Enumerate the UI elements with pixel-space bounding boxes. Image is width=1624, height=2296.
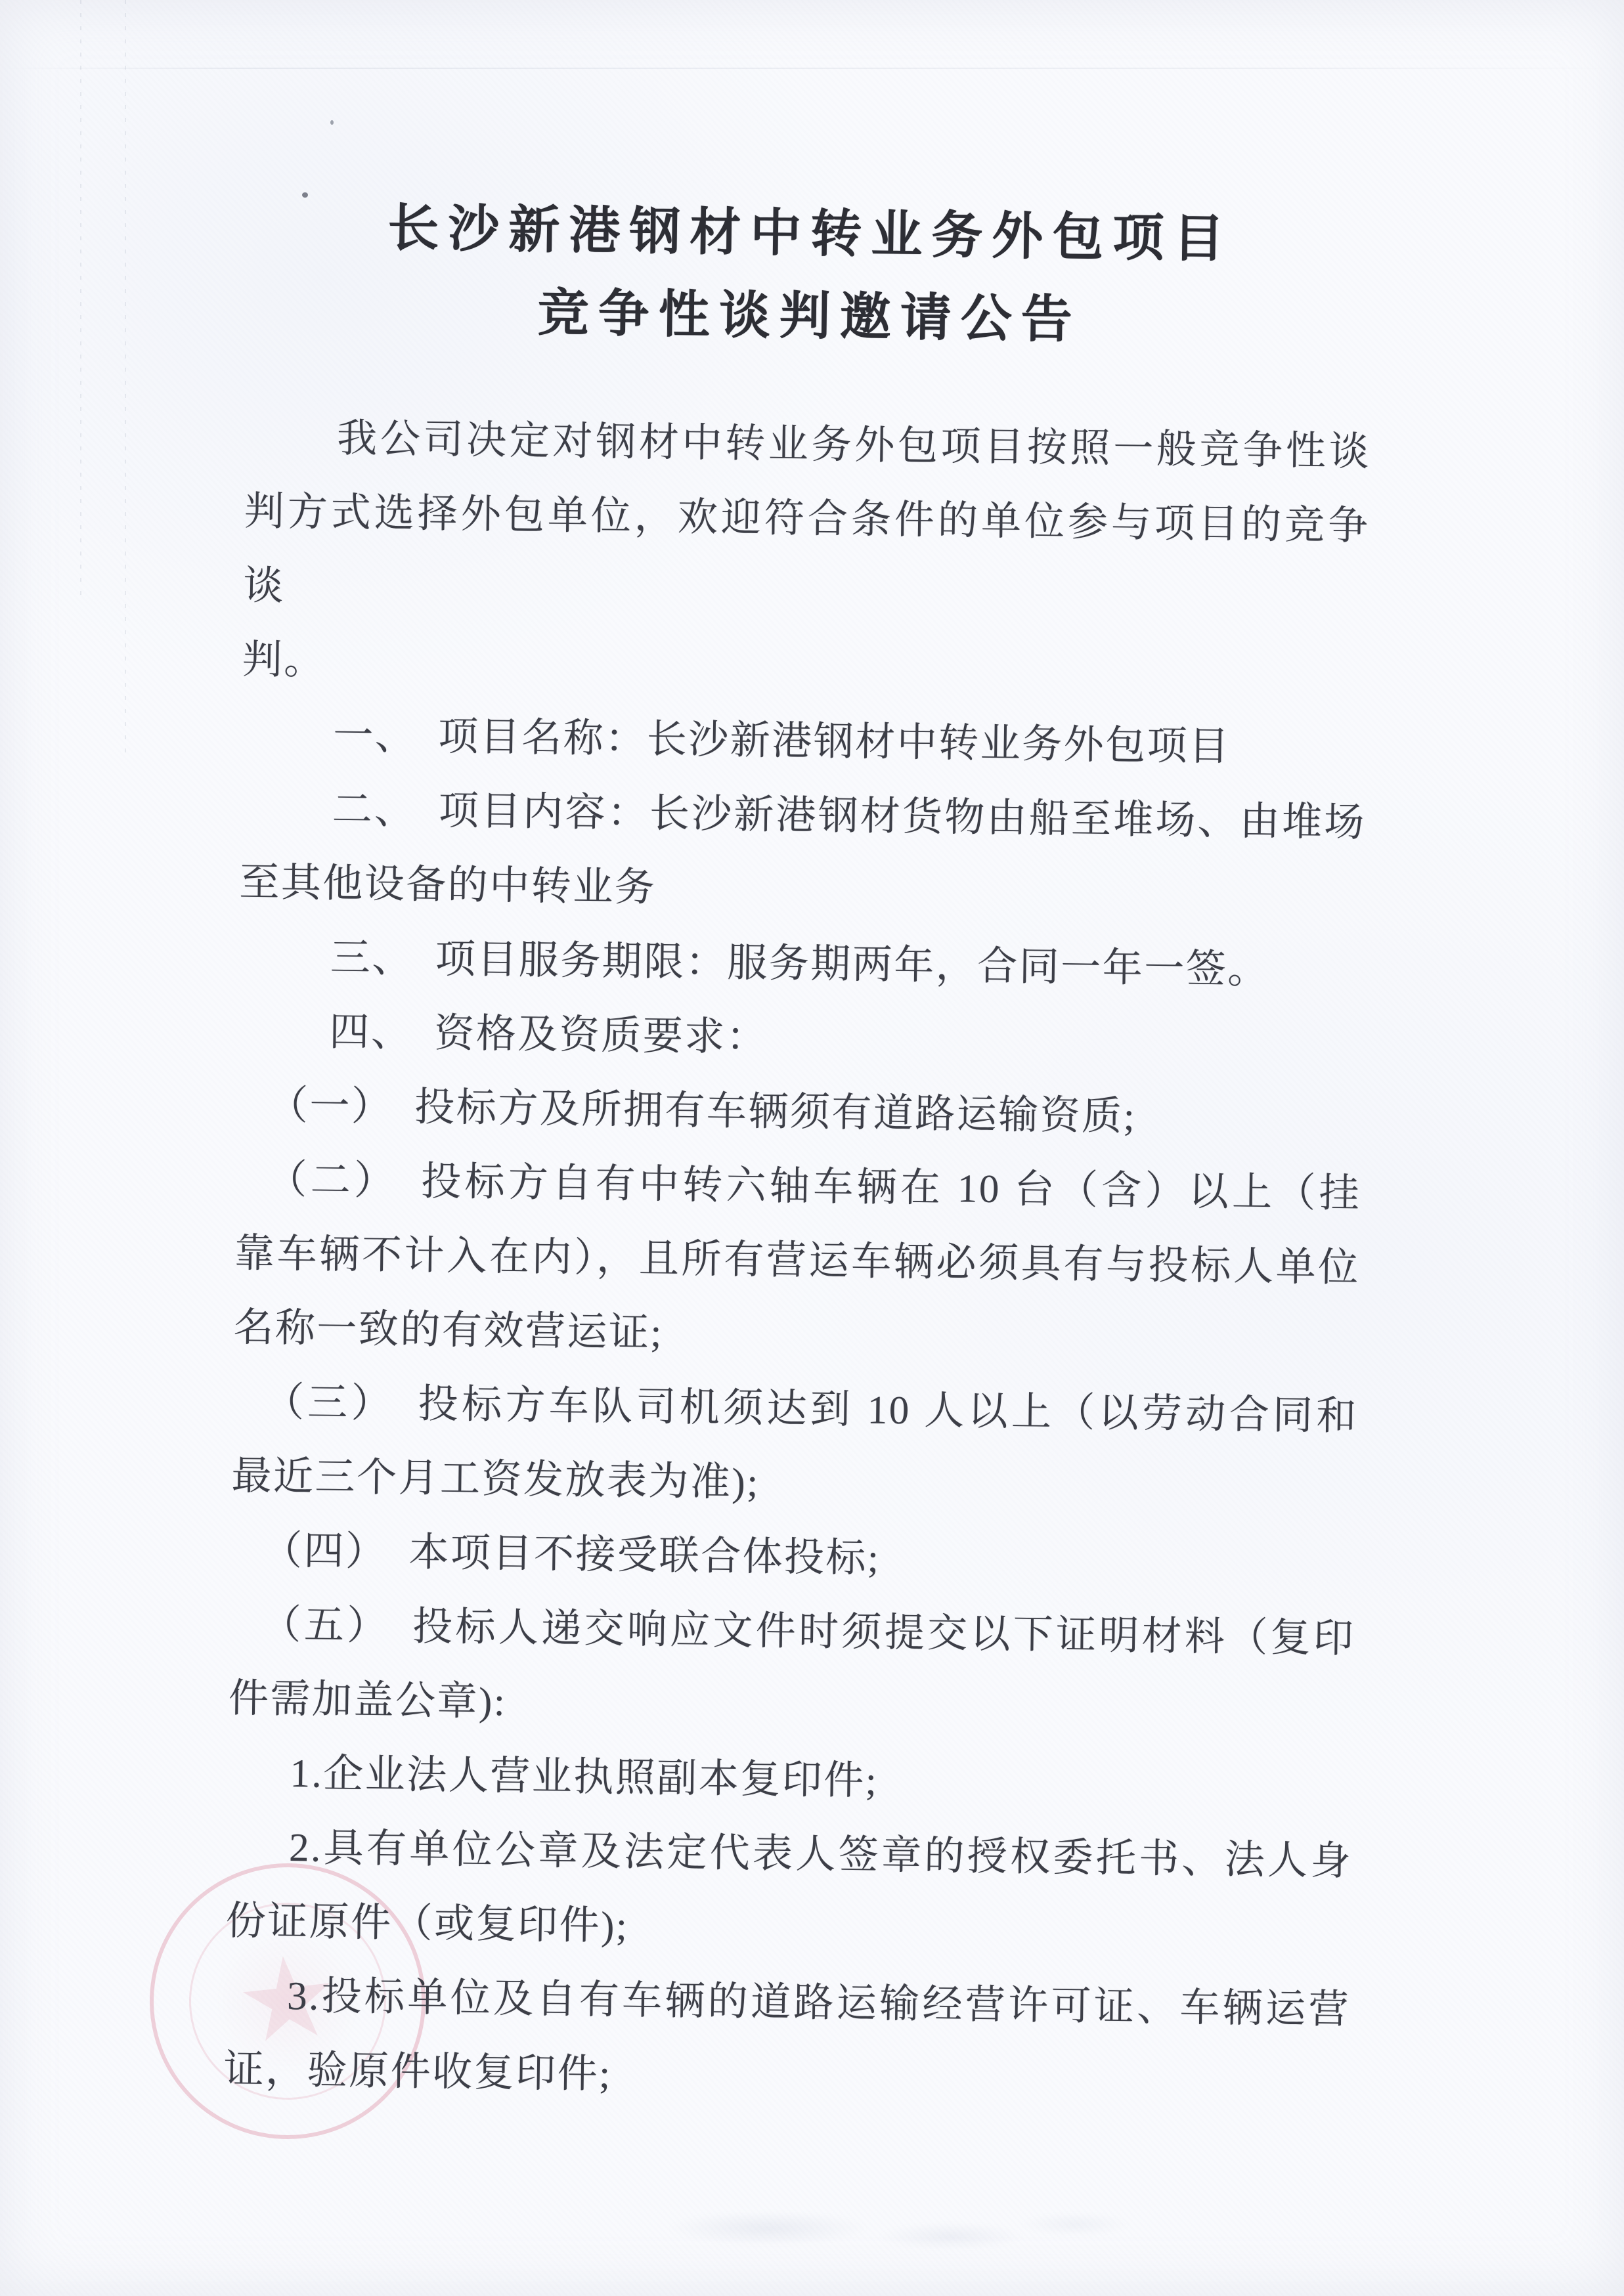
text-line: 我公司决定对钢材中转业务外包项目按照一般竞争性谈 xyxy=(244,401,1371,489)
document-content: 长沙新港钢材中转业务外包项目 竞争性谈判邀请公告 我公司决定对钢材中转业务外包项… xyxy=(223,0,1376,2121)
text-line: 份证原件（或复印件); xyxy=(225,1884,1351,1973)
text-line: （一） 投标方及所拥有车辆须有道路运输资质; xyxy=(236,1068,1362,1157)
text-line: 名称一致的有效营运证; xyxy=(233,1291,1359,1379)
page-bleed-through-smudge xyxy=(617,2193,1156,2272)
text-line: 1.企业法人营业执照副本复印件; xyxy=(227,1736,1353,1825)
text-line: （四） 本项目不接受联合体投标; xyxy=(230,1513,1356,1602)
text-line: 最近三个月工资发放表为准); xyxy=(231,1439,1357,1528)
text-line: （五） 投标人递交响应文件时须提交以下证明材料（复印 xyxy=(229,1588,1355,1676)
text-line: （二） 投标方自有中转六轴车辆在 10 台（含）以上（挂 xyxy=(235,1142,1361,1231)
scan-crease-vertical-1 xyxy=(80,0,81,604)
document-title-line-1: 长沙新港钢材中转业务外包项目 xyxy=(248,185,1374,282)
text-line: 一、 项目名称：长沙新港钢材中转业务外包项目 xyxy=(241,697,1367,786)
text-line: 证，验原件收复印件; xyxy=(223,2033,1350,2121)
text-line: 靠车辆不计入在内），且所有营运车辆必须具有与投标人单位 xyxy=(234,1217,1360,1305)
text-line: 四、 资格及资质要求： xyxy=(237,994,1363,1083)
text-line: 3.投标单位及自有车辆的道路运输经营许可证、车辆运营 xyxy=(224,1959,1350,2047)
scan-crease-vertical-2 xyxy=(125,0,126,762)
text-line: 判。 xyxy=(242,623,1368,712)
text-line: 判方式选择外包单位，欢迎符合条件的单位参与项目的竞争谈 xyxy=(243,475,1371,638)
text-line: 二、 项目内容：长沙新港钢材货物由船至堆场、由堆场 xyxy=(240,771,1366,860)
text-line: （三） 投标方车队司机须达到 10 人以上（以劳动合同和 xyxy=(232,1365,1358,1454)
text-line: 件需加盖公章): xyxy=(228,1662,1354,1750)
text-line: 2.具有单位公章及法定代表人签章的授权委托书、法人身 xyxy=(226,1810,1352,1899)
text-line: 至其他设备的中转业务 xyxy=(239,846,1365,934)
scanned-document-page: 长沙新港钢材中转业务外包项目 竞争性谈判邀请公告 我公司决定对钢材中转业务外包项… xyxy=(0,0,1624,2296)
document-body: 我公司决定对钢材中转业务外包项目按照一般竞争性谈 判方式选择外包单位，欢迎符合条… xyxy=(223,401,1371,2121)
document-title-line-2: 竞争性谈判邀请公告 xyxy=(246,268,1373,365)
text-line: 三、 项目服务期限：服务期两年，合同一年一签。 xyxy=(238,920,1364,1008)
